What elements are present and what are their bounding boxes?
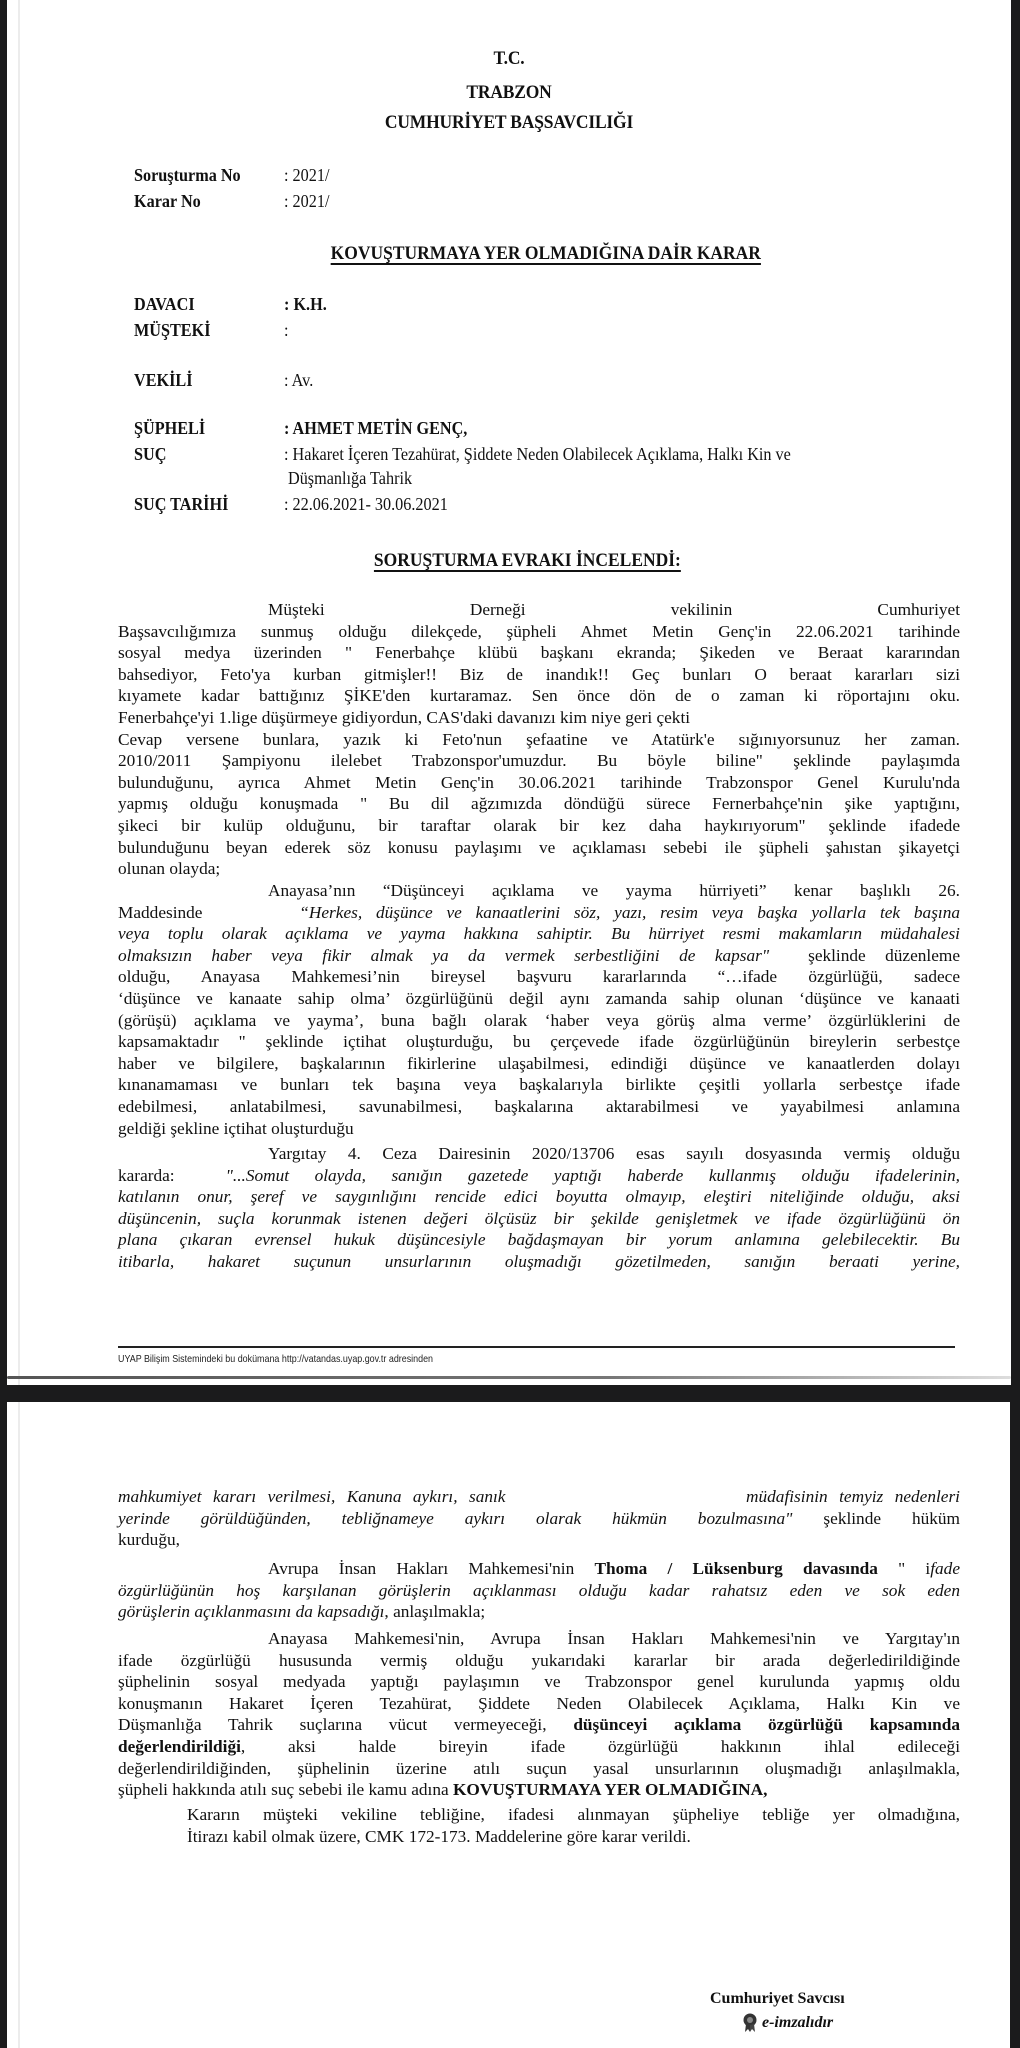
text-line: Yargıtay 4. Ceza Dairesinin 2020/13706 e…	[118, 1143, 960, 1165]
karar-no-label: Karar No	[134, 191, 201, 212]
text-line: değerlendirildiği, aksi halde bireyin if…	[118, 1736, 960, 1758]
text-line: olduğu, Anayasa Mahkemesi’nin bireysel b…	[118, 966, 960, 988]
text-line: Anayasa’nın “Düşünceyi açıklama ve yayma…	[118, 880, 960, 902]
party-label-supheli: ŞÜPHELİ	[134, 418, 205, 439]
esign-label: e-imzalıdır	[762, 2014, 833, 2032]
text-line: haber ve bilgilere, başkalarının fikirle…	[118, 1053, 960, 1075]
text-line: şüphelinin sosyal medyada yaptığı paylaş…	[118, 1671, 960, 1693]
text-line: Kararın müşteki vekiline tebliğine, ifad…	[187, 1804, 960, 1826]
seal-icon	[742, 2013, 758, 2033]
section-title: SORUŞTURMA EVRAKI İNCELENDİ:	[47, 550, 971, 572]
e-signature: e-imzalıdır	[742, 2013, 833, 2033]
text-line: katılanın onur, şeref ve saygınlığını re…	[118, 1186, 960, 1208]
text-line: edebilmesi, anlatabilmesi, savunabilmesi…	[118, 1096, 960, 1118]
footer-divider	[118, 1346, 955, 1348]
page-edge	[18, 1402, 20, 2048]
text-line: itibarla, hakaret suçunun unsurlarının o…	[118, 1251, 960, 1273]
text-line: Avrupa İnsan Hakları Mahkemesi'nin Thoma…	[118, 1558, 960, 1580]
text-line: düşüncenin, suçla korunmak istenen değer…	[118, 1208, 960, 1230]
party-value-supheli: : AHMET METİN GENÇ,	[284, 418, 467, 439]
karar-no-value: : 2021/	[284, 191, 329, 212]
party-label-musteki: MÜŞTEKİ	[134, 320, 211, 341]
text-line: şikeci bir kulüp olduğunu, bir taraftar …	[118, 815, 960, 837]
party-value-musteki: :	[284, 320, 289, 341]
text-line: (görüşü) açıklama ve yayma’, buna bağlı …	[118, 1010, 960, 1032]
page-edge	[18, 0, 20, 1385]
text-line: İtirazı kabil olmak üzere, CMK 172-173. …	[187, 1826, 960, 1848]
complaint-paragraph: Müşteki Derneği vekilinin Cumhuriyet Baş…	[118, 599, 960, 880]
decision-title: KOVUŞTURMAYA YER OLMADIĞINA DAİR KARAR	[47, 243, 971, 265]
text-line: Müşteki Derneği vekilinin Cumhuriyet	[118, 599, 960, 621]
text-line: kapsamaktadır " şeklinde içtihat oluştur…	[118, 1031, 960, 1053]
text-line: Düşmanlığa Tahrik suçlarına vücut vermey…	[118, 1714, 960, 1736]
final-paragraph: Kararın müşteki vekiline tebliğine, ifad…	[187, 1804, 960, 1847]
anayasa-paragraph: Anayasa’nın “Düşünceyi açıklama ve yayma…	[118, 880, 960, 1139]
text-line: değerlendirildiğinden, şüphelinin üzerin…	[118, 1758, 960, 1780]
sorusturma-no-label: Soruşturma No	[134, 165, 241, 186]
text-line: ifade özgürlüğü hususunda vermiş olduğu …	[118, 1650, 960, 1672]
document-page-2: mahkumiyet kararı verilmesi, Kanuna aykı…	[7, 1402, 1010, 2048]
text-line: Fenerbahçe'yi 1.lige düşürmeye gidiyordu…	[118, 707, 960, 729]
text-line: kararda: "...Somut olayda, sanığın gazet…	[118, 1165, 960, 1187]
text-line: Maddesinde “Herkes, düşünce ve kanaatler…	[118, 902, 960, 924]
aihm-paragraph: Avrupa İnsan Hakları Mahkemesi'nin Thoma…	[118, 1558, 960, 1623]
text-line: Başsavcılığımıza sunmuş olduğu dilekçede…	[118, 621, 960, 643]
page-fold-shadow	[7, 1376, 1011, 1379]
sorusturma-no-value: : 2021/	[284, 165, 329, 186]
text-line: geldiği şekline içtihat oluşturduğu	[118, 1118, 960, 1140]
header-tc: T.C.	[47, 48, 971, 70]
party-value-davaci: : K.H.	[284, 294, 327, 315]
text-line: 2010/2011 Şampiyonu ilelebet Trabzonspor…	[118, 750, 960, 772]
text-line: ‘düşünce ve kanaate sahip olma’ özgürlüğ…	[118, 988, 960, 1010]
party-label-suc: SUÇ	[134, 444, 166, 465]
text-line: yerinde görüldüğünden, tebliğnameye aykı…	[118, 1508, 960, 1530]
text-line: olunan olayda;	[118, 858, 960, 880]
text-line: Cevap versene bunlara, yazık ki Feto'nun…	[118, 729, 960, 751]
conclusion-paragraph: Anayasa Mahkemesi'nin, Avrupa İnsan Hakl…	[118, 1628, 960, 1801]
text-line: bulunduğunu, ayrıca Ahmet Metin Genç'in …	[118, 772, 960, 794]
yargitay-paragraph: Yargıtay 4. Ceza Dairesinin 2020/13706 e…	[118, 1143, 960, 1273]
text-line: veya toplu olarak açıklama ve yayma hakk…	[118, 923, 960, 945]
text-line: yapmış olduğu konuşmada " Bu dil ağzımız…	[118, 793, 960, 815]
yargitay-continuation: mahkumiyet kararı verilmesi, Kanuna aykı…	[118, 1486, 960, 1551]
text-line: şüpheli hakkında atılı suç sebebi ile ka…	[118, 1779, 960, 1801]
text-line: plana çıkaran evrensel hukuk düşüncesiyl…	[118, 1229, 960, 1251]
header-city: TRABZON	[47, 82, 971, 104]
party-value-suc: : Hakaret İçeren Tezahürat, Şiddete Nede…	[284, 444, 791, 465]
header-office: CUMHURİYET BAŞSAVCILIĞI	[47, 112, 971, 134]
text-line: bulunduğunu beyan ederek söz konusu payl…	[118, 837, 960, 859]
party-value-suc-tarihi: : 22.06.2021- 30.06.2021	[284, 494, 448, 515]
text-line: olmaksızın haber veya fikir almak ya da …	[118, 945, 960, 967]
party-value-suc-cont: Düşmanlığa Tahrik	[288, 468, 412, 489]
party-label-vekili: VEKİLİ	[134, 370, 193, 391]
signature-title: Cumhuriyet Savcısı	[710, 1990, 845, 2008]
text-line: görüşlerin açıklanmasını da kapsadığı, a…	[118, 1601, 960, 1623]
text-line: konuşmanın Hakaret İçeren Tezahürat, Şid…	[118, 1693, 960, 1715]
text-line: bahsediyor, Feto'ya kurban gitmişler!! B…	[118, 664, 960, 686]
party-value-vekili: : Av.	[284, 370, 313, 391]
text-line: kınanamaması ve bunları tek başına veya …	[118, 1074, 960, 1096]
text-line: mahkumiyet kararı verilmesi, Kanuna aykı…	[118, 1486, 960, 1508]
party-label-davaci: DAVACI	[134, 294, 195, 315]
text-line: özgürlüğünün hoş karşılanan görüşlerin a…	[118, 1580, 960, 1602]
party-label-suc-tarihi: SUÇ TARİHİ	[134, 494, 228, 515]
footer-uyap-note: UYAP Bilişim Sistemindeki bu dokümana ht…	[118, 1353, 433, 1365]
document-page-1: T.C. TRABZON CUMHURİYET BAŞSAVCILIĞI Sor…	[7, 0, 1011, 1385]
text-line: kıyamete kadar battığınız ŞİKE'den kurta…	[118, 685, 960, 707]
text-line: kurduğu,	[118, 1529, 960, 1551]
text-line: sosyal medya üzerinden " Fenerbahçe klüb…	[118, 642, 960, 664]
text-line: Anayasa Mahkemesi'nin, Avrupa İnsan Hakl…	[118, 1628, 960, 1650]
